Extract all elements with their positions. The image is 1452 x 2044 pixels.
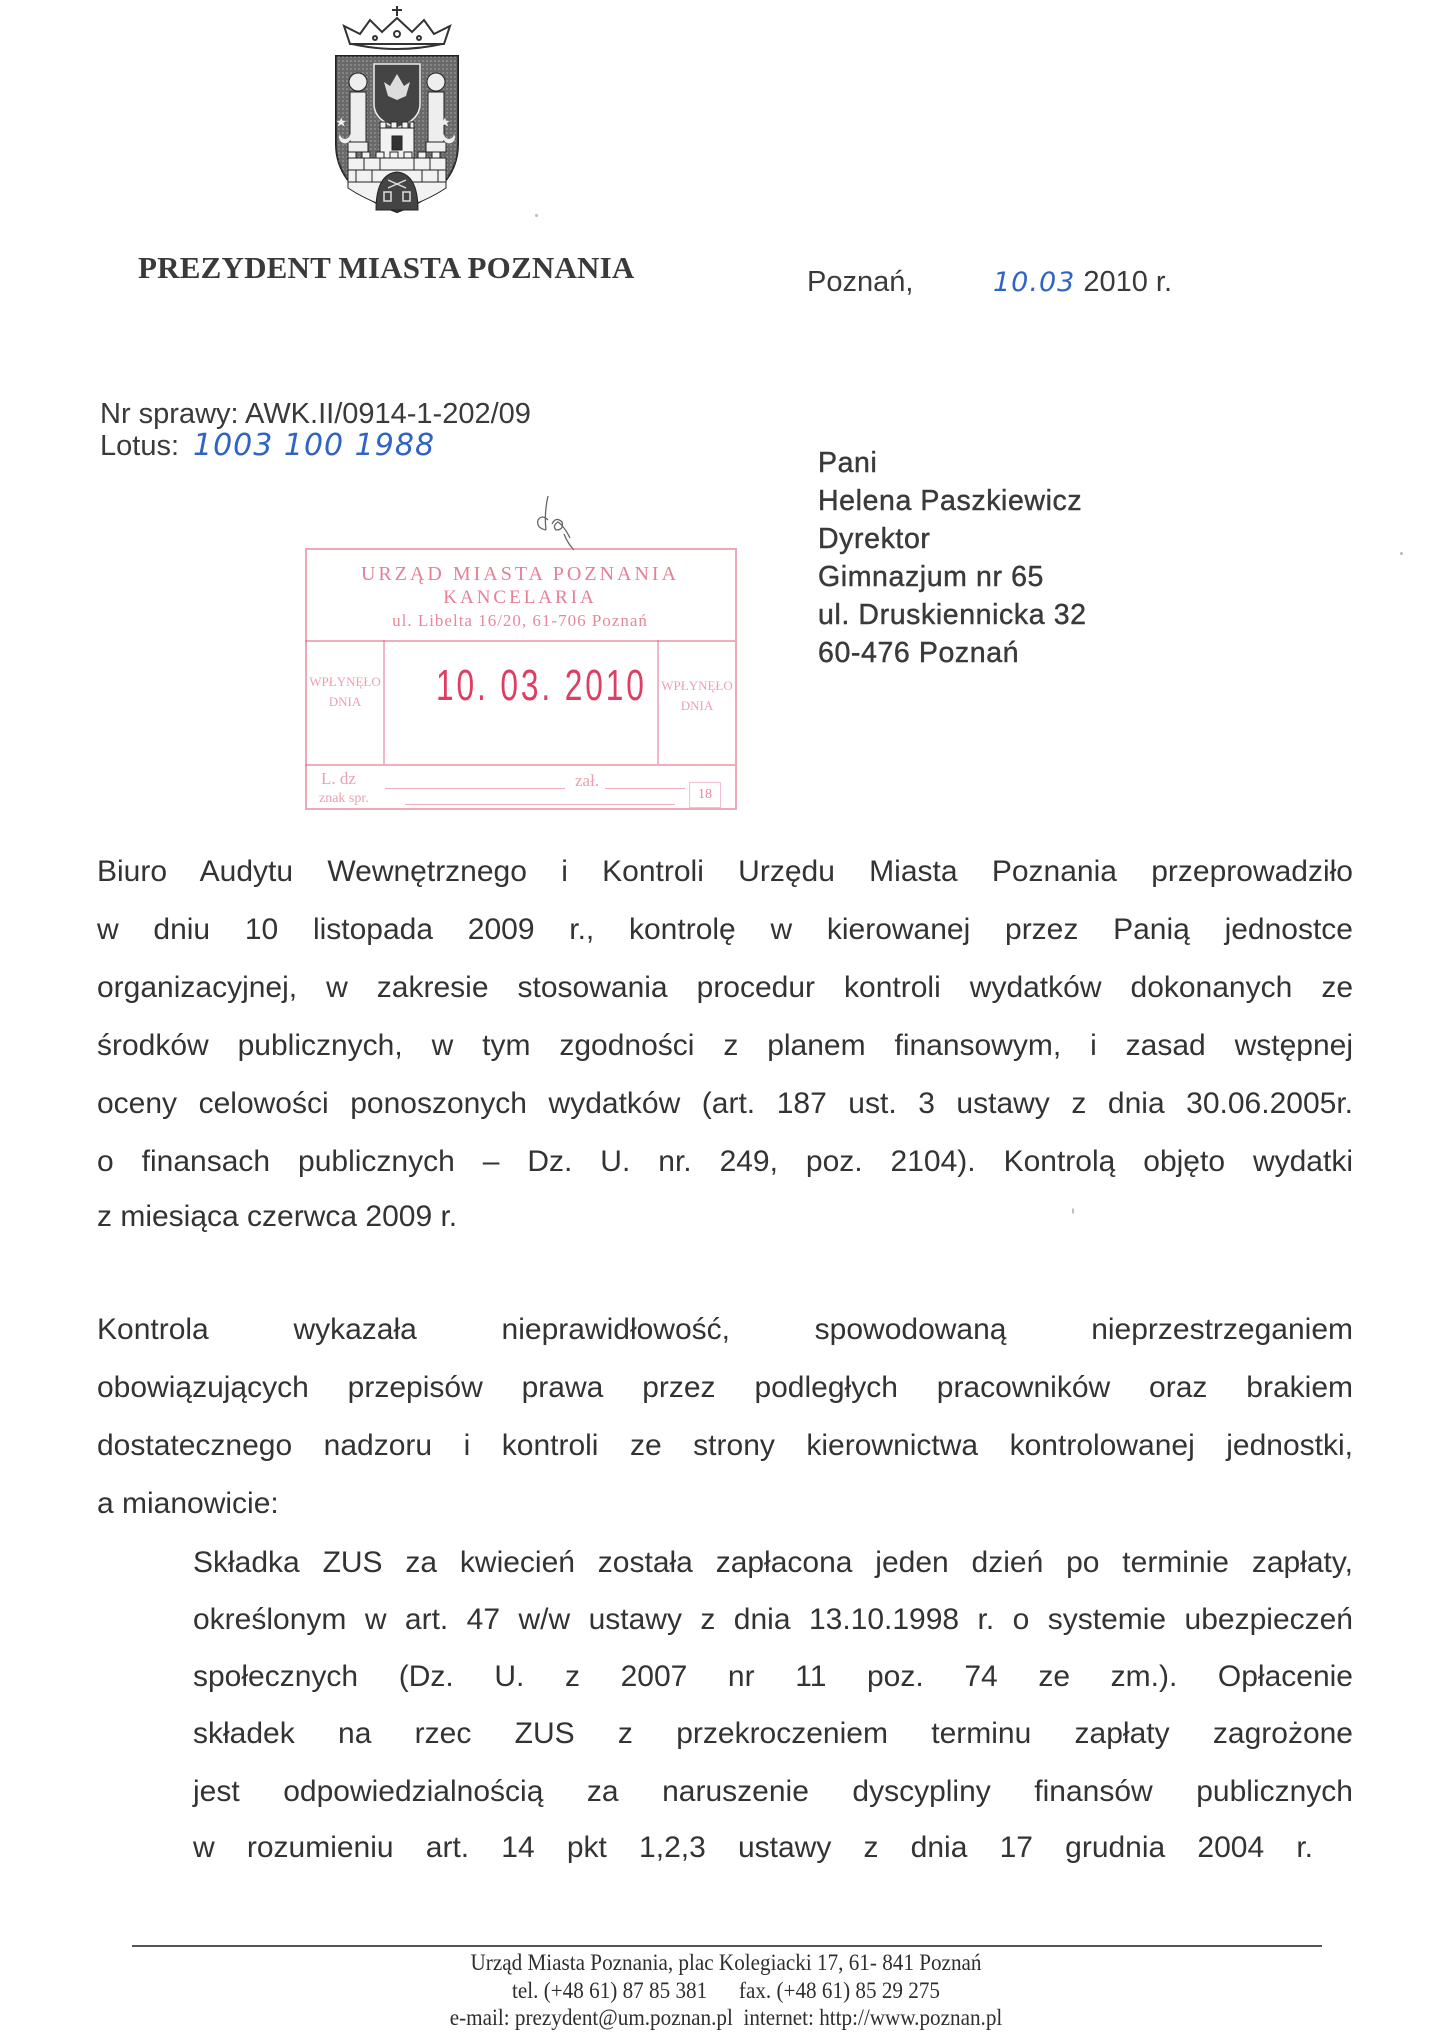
body-line: w rozumieniu art. 14 pkt 1,2,3 ustawy z … [193, 1833, 1313, 1863]
letterhead-title: PREZYDENT MIASTA POZNANIA [138, 252, 634, 283]
stamp-received-date: 10. 03. 2010 [436, 664, 606, 708]
case-number-label: Nr sprawy: [100, 398, 239, 430]
body-line: określonym w art. 47 w/w ustawy z dnia 1… [193, 1605, 1353, 1635]
recipient-line: Dyrektor [818, 525, 1087, 563]
body-line: obowiązujących przepisów prawa przez pod… [97, 1373, 1353, 1403]
date-line: Poznań,10.03 2010 r. [807, 268, 1172, 297]
footer-address: Urząd Miasta Poznania, plac Kolegiacki 1… [73, 1952, 1380, 1976]
footer-email-web: e-mail: prezydent@um.poznan.pl internet:… [73, 2007, 1380, 2031]
stamp-zal-field [605, 788, 685, 789]
body-line: składek na rzec ZUS z przekroczeniem ter… [193, 1719, 1353, 1749]
body-line: w dniu 10 listopada 2009 r., kontrolę w … [97, 915, 1353, 945]
body-line: dostatecznego nadzoru i kontroli ze stro… [97, 1431, 1353, 1461]
stamp-divider [305, 764, 735, 766]
case-number-line: Nr sprawy: AWK.II/0914-1-202/09 [100, 400, 531, 429]
recipient-line: ul. Druskiennicka 32 [818, 601, 1087, 639]
handwritten-initials-icon [528, 494, 588, 554]
body-line: Składka ZUS za kwiecień została zapłacon… [193, 1548, 1353, 1578]
scan-speck [535, 214, 538, 217]
handwritten-lotus-number: 1003 100 1988 [193, 428, 435, 463]
footer-phone-fax: tel. (+48 61) 87 85 381 fax. (+48 61) 85… [73, 1980, 1380, 2004]
stamp-ldz-label: L. dz [321, 770, 356, 787]
recipient-line: 60-476 Poznań [818, 639, 1087, 677]
lotus-label: Lotus: [100, 430, 179, 462]
recipient-line: Gimnazjum nr 65 [818, 563, 1087, 601]
recipient-line: Pani [818, 449, 1087, 487]
poznan-coat-of-arms-icon [330, 4, 464, 216]
stamp-address: ul. Libelta 16/20, 61-706 Poznań [305, 612, 735, 629]
stamp-ldz-field [385, 788, 565, 789]
stamp-organization: URZĄD MIASTA POZNANIA [305, 564, 735, 584]
stamp-divider [305, 640, 735, 642]
scan-speck [1400, 552, 1403, 555]
body-line: oceny celowości ponoszonych wydatków (ar… [97, 1089, 1353, 1119]
place-name: Poznań, [807, 268, 993, 297]
recipient-line: Helena Paszkiewicz [818, 487, 1087, 525]
stamp-sign-field [405, 804, 675, 805]
stamp-right-label: WPŁYNĘŁO DNIA [661, 676, 733, 715]
scan-speck [1072, 1208, 1074, 1214]
stamp-department: KANCELARIA [305, 588, 735, 607]
body-line: organizacyjnej, w zakresie stosowania pr… [97, 973, 1353, 1003]
stamp-divider [657, 640, 659, 764]
body-line: a mianowicie: [97, 1489, 1353, 1519]
stamp-sign-label: znak spr. [319, 792, 369, 806]
receipt-stamp: URZĄD MIASTA POZNANIA KANCELARIA ul. Lib… [305, 548, 741, 812]
recipient-address-block: Pani Helena Paszkiewicz Dyrektor Gimnazj… [818, 449, 1087, 677]
body-line: środków publicznych, w tym zgodności z p… [97, 1031, 1353, 1061]
footer-divider [132, 1945, 1322, 1947]
body-line: Biuro Audytu Wewnętrznego i Kontroli Urz… [97, 857, 1353, 887]
body-line: o finansach publicznych – Dz. U. nr. 249… [97, 1147, 1353, 1177]
lotus-number-line: Lotus:1003 100 1988 [100, 431, 435, 461]
body-line: z miesiąca czerwca 2009 r. [97, 1202, 1353, 1232]
printed-year: 2010 r. [1083, 266, 1172, 298]
body-line: społecznych (Dz. U. z 2007 nr 11 poz. 74… [193, 1662, 1353, 1692]
stamp-left-label: WPŁYNĘŁO DNIA [309, 672, 381, 711]
case-number-value: AWK.II/0914-1-202/09 [245, 398, 531, 430]
stamp-number-box: 18 [689, 782, 721, 808]
stamp-divider [383, 640, 385, 764]
body-line: Kontrola wykazała nieprawidłowość, spowo… [97, 1315, 1353, 1345]
body-line: jest odpowiedzialnością za naruszenie dy… [193, 1777, 1353, 1807]
handwritten-date: 10.03 [993, 267, 1075, 298]
stamp-zal-label: zał. [575, 772, 599, 789]
